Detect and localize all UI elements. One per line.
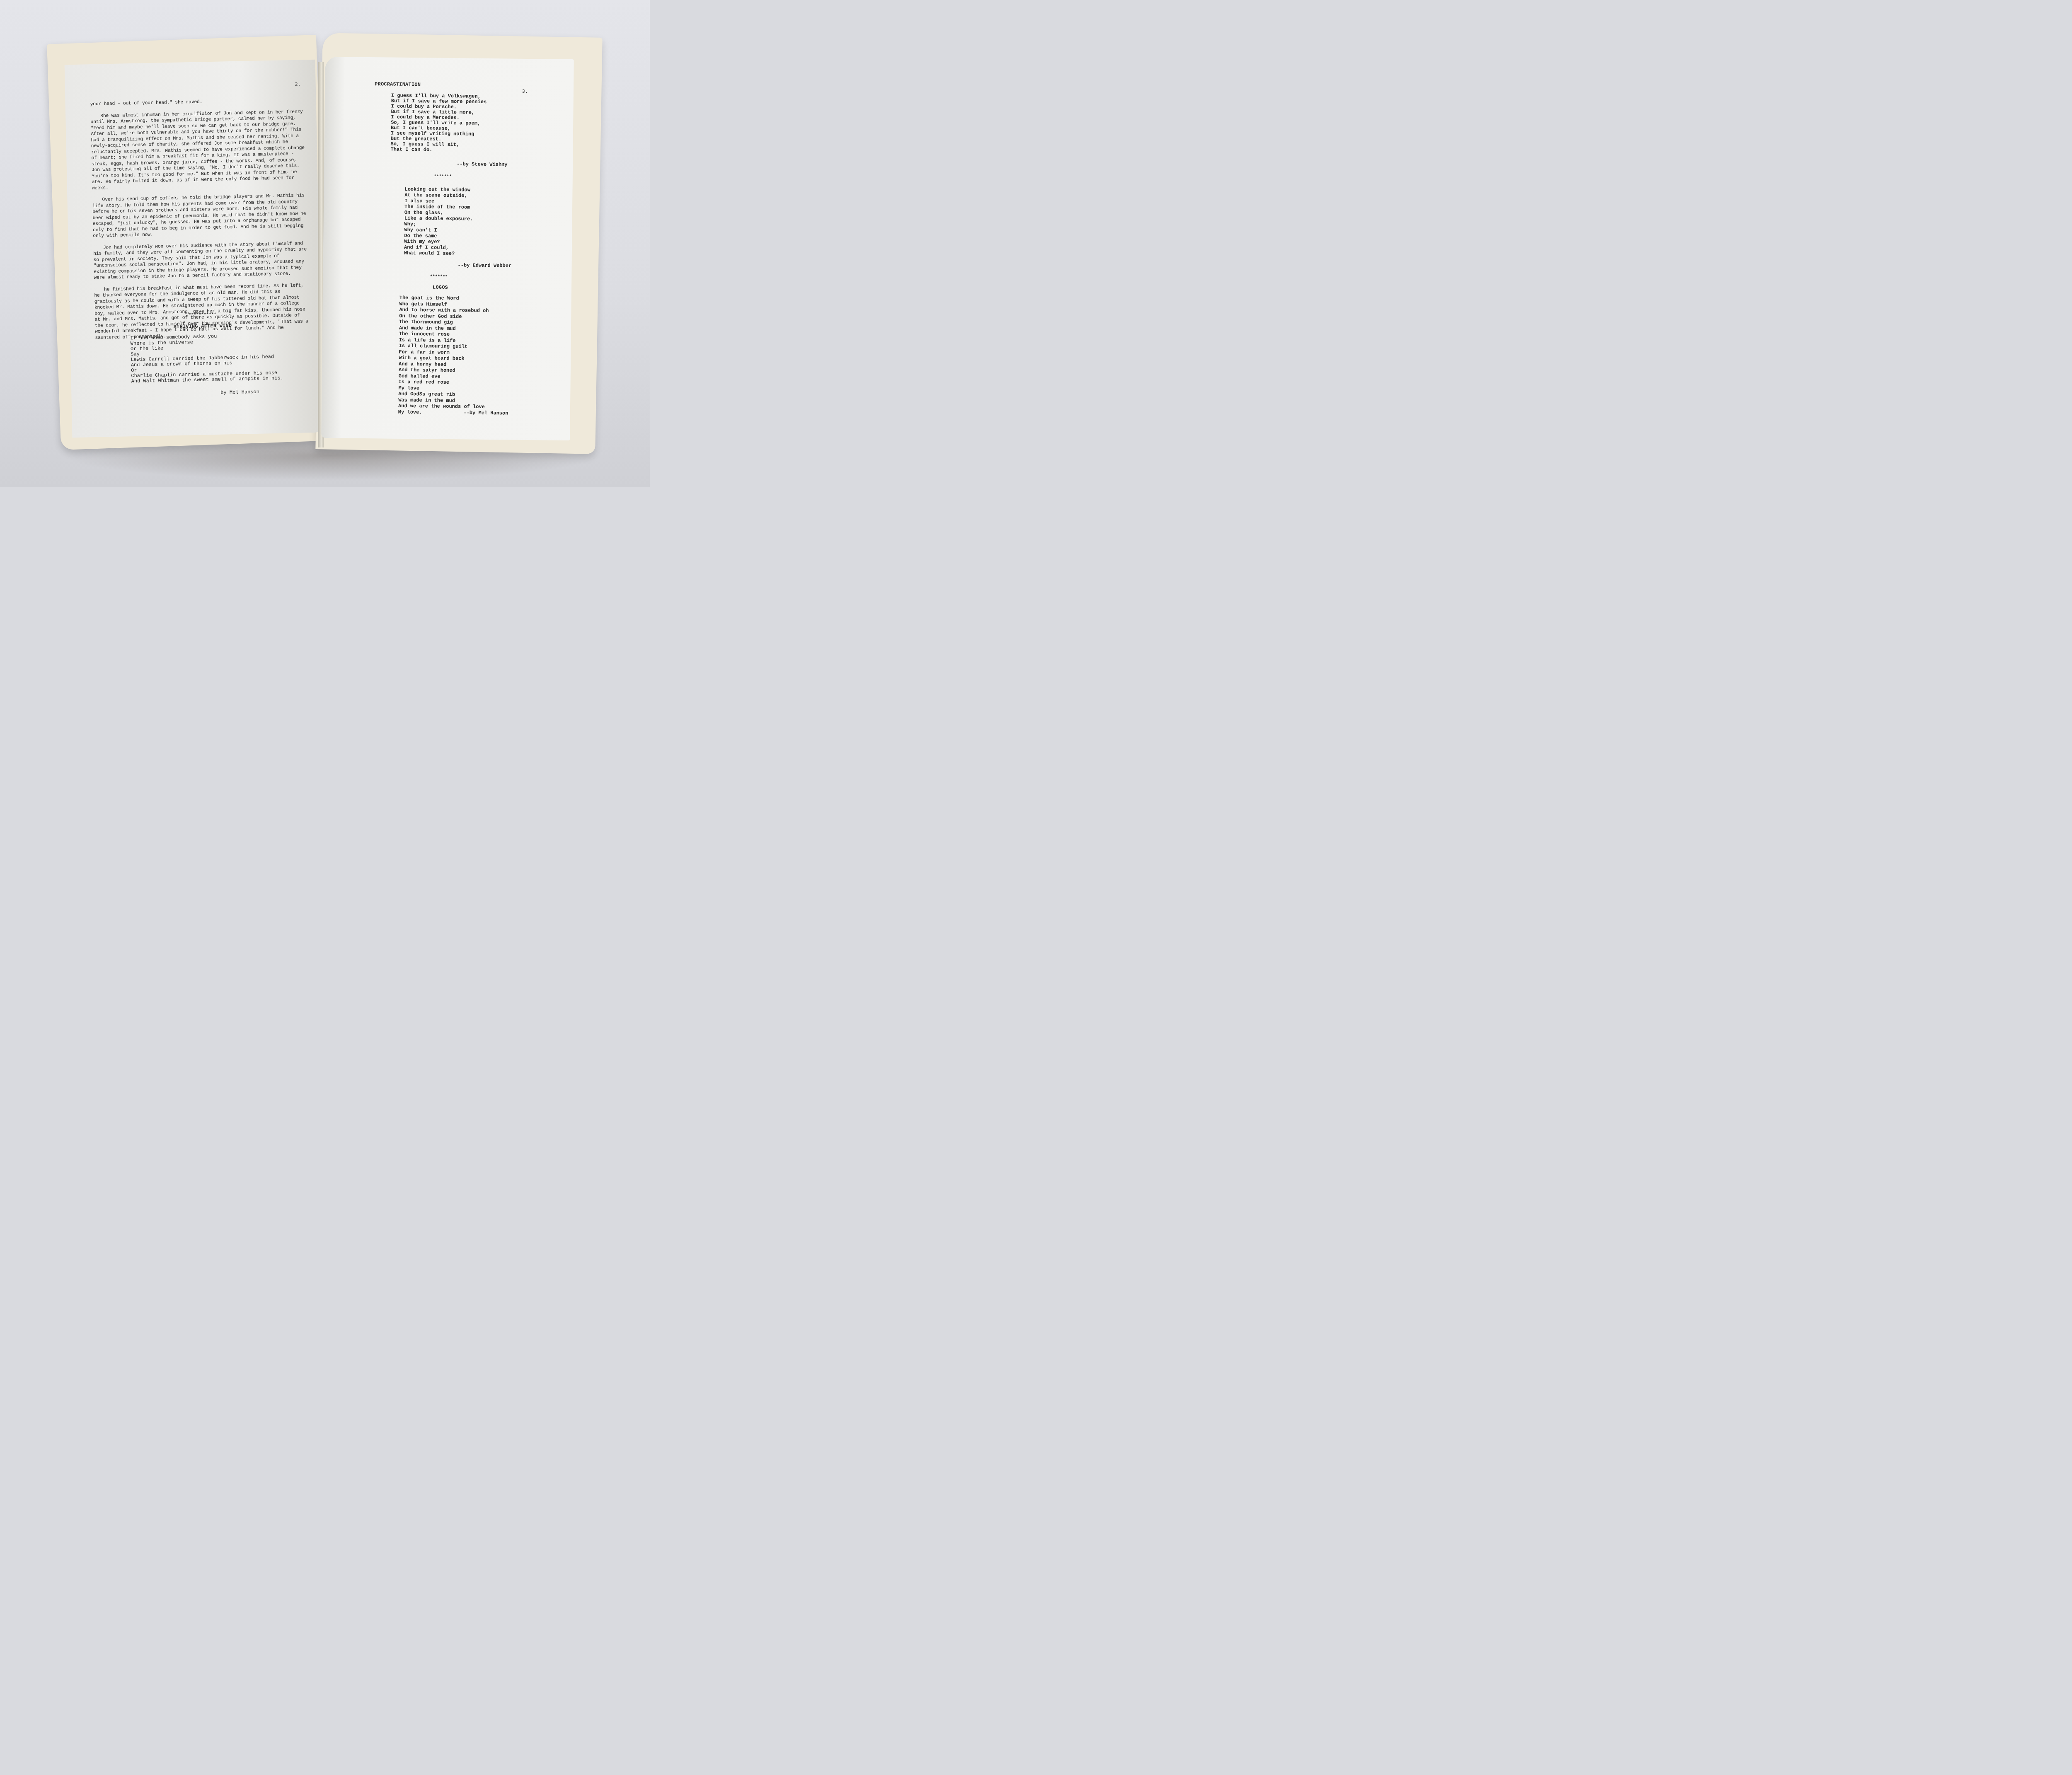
poems-column: PROCRASTINATION I guess I'll buy a Volks… <box>322 81 574 417</box>
poem-byline: --by Mel Hanson <box>463 410 508 416</box>
left-page: 2. your head - out of your head." she ra… <box>65 60 323 438</box>
page-number: 2. <box>295 82 301 87</box>
section-separator: ******* <box>324 173 573 181</box>
paragraph: your head - out of your head." she raved… <box>90 97 306 107</box>
poem-last-line-row: My love. --by Mel Hanson <box>398 409 570 417</box>
poem-logos: The goat is the Word Who gets Himself An… <box>398 295 571 417</box>
poem-title: LOGOS <box>323 283 571 292</box>
poem-byline: --by Steve Wishny <box>457 161 573 168</box>
paragraph: Over his send cup of coffee, he told the… <box>92 193 308 239</box>
poem-title: PROCRASTINATION <box>375 81 574 89</box>
poem-body: If and when somebody asks you Where is t… <box>130 332 311 384</box>
poem-window: Looking out the window At the scene outs… <box>404 186 573 258</box>
story-text: your head - out of your head." she raved… <box>90 97 311 347</box>
poem-line: My love. <box>398 409 422 415</box>
paragraph: She was almost inhuman in her crucifixio… <box>90 109 307 191</box>
right-page: 3. PROCRASTINATION I guess I'll buy a Vo… <box>321 57 574 440</box>
poem-striving-after-wind: *********** STRIVING AFTER WIND If and w… <box>94 310 312 398</box>
poem-procrastination: I guess I'll buy a Volkswagen, But if I … <box>390 93 573 155</box>
poem-byline: --by Edward Webber <box>458 262 572 269</box>
poem-byline: by Mel Hanson <box>220 388 312 396</box>
section-separator: ******* <box>323 273 571 281</box>
poem-title: STRIVING AFTER WIND <box>95 321 310 331</box>
paragraph: Jon had completely won over his audience… <box>93 241 310 281</box>
poem-line: What would I see? <box>404 250 572 258</box>
